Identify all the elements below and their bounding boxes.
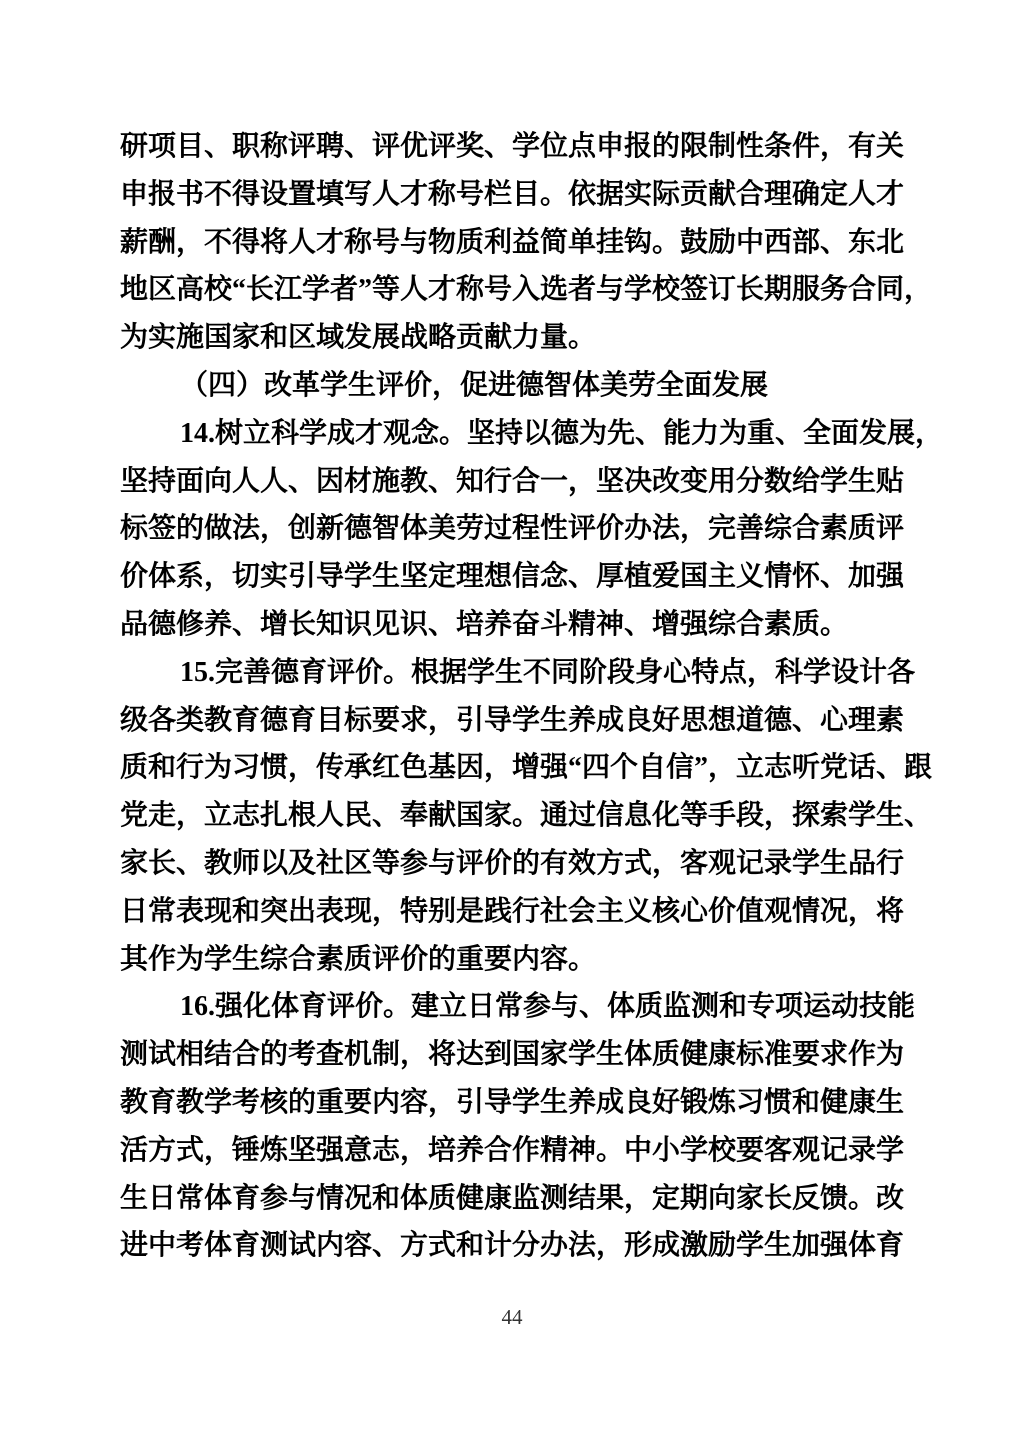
paragraph-14: 14.树立科学成才观念。坚持以德为先、能力为重、全面发展，坚持面向人人、因材施教… [120, 410, 904, 649]
text-line: 为实施国家和区域发展战略贡献力量。 [120, 314, 904, 362]
text-line: 级各类教育德育目标要求，引导学生养成良好思想道德、心理素 [120, 697, 904, 745]
text-line: 质和行为习惯，传承红色基因，增强“四个自信”，立志听党话、跟 [120, 744, 904, 792]
text-line: 研项目、职称评聘、评优评奖、学位点申报的限制性条件，有关 [120, 123, 904, 171]
text-line: （四）改革学生评价，促进德智体美劳全面发展 [120, 362, 904, 410]
text-line: 品德修养、增长知识见识、培养奋斗精神、增强综合素质。 [120, 601, 904, 649]
paragraph-15: 15.完善德育评价。根据学生不同阶段身心特点，科学设计各级各类教育德育目标要求，… [120, 649, 904, 984]
document-page: 研项目、职称评聘、评优评奖、学位点申报的限制性条件，有关申报书不得设置填写人才称… [0, 0, 1024, 1446]
paragraph-13-continuation: 研项目、职称评聘、评优评奖、学位点申报的限制性条件，有关申报书不得设置填写人才称… [120, 123, 904, 362]
text-line: 地区高校“长江学者”等人才称号入选者与学校签订长期服务合同， [120, 266, 904, 314]
section-heading-4: （四）改革学生评价，促进德智体美劳全面发展 [120, 362, 904, 410]
text-line: 日常表现和突出表现，特别是践行社会主义核心价值观情况，将 [120, 888, 904, 936]
document-text-area: 研项目、职称评聘、评优评奖、学位点申报的限制性条件，有关申报书不得设置填写人才称… [120, 123, 904, 1270]
page-number: 44 [502, 1305, 523, 1329]
text-line: 薪酬，不得将人才称号与物质利益简单挂钩。鼓励中西部、东北 [120, 219, 904, 267]
text-line: 16.强化体育评价。建立日常参与、体质监测和专项运动技能 [120, 983, 904, 1031]
text-line: 标签的做法，创新德智体美劳过程性评价办法，完善综合素质评 [120, 505, 904, 553]
text-line: 进中考体育测试内容、方式和计分办法，形成激励学生加强体育 [120, 1222, 904, 1270]
text-line: 申报书不得设置填写人才称号栏目。依据实际贡献合理确定人才 [120, 171, 904, 219]
paragraph-16: 16.强化体育评价。建立日常参与、体质监测和专项运动技能测试相结合的考查机制，将… [120, 983, 904, 1270]
text-line: 其作为学生综合素质评价的重要内容。 [120, 936, 904, 984]
text-line: 党走，立志扎根人民、奉献国家。通过信息化等手段，探索学生、 [120, 792, 904, 840]
text-line: 测试相结合的考查机制，将达到国家学生体质健康标准要求作为 [120, 1031, 904, 1079]
text-line: 价体系，切实引导学生坚定理想信念、厚植爱国主义情怀、加强 [120, 553, 904, 601]
text-line: 坚持面向人人、因材施教、知行合一，坚决改变用分数给学生贴 [120, 458, 904, 506]
text-line: 15.完善德育评价。根据学生不同阶段身心特点，科学设计各 [120, 649, 904, 697]
text-line: 家长、教师以及社区等参与评价的有效方式，客观记录学生品行 [120, 840, 904, 888]
text-line: 14.树立科学成才观念。坚持以德为先、能力为重、全面发展， [120, 410, 904, 458]
text-line: 教育教学考核的重要内容，引导学生养成良好锻炼习惯和健康生 [120, 1079, 904, 1127]
page-footer: 44 [0, 1305, 1024, 1330]
text-line: 生日常体育参与情况和体质健康监测结果，定期向家长反馈。改 [120, 1175, 904, 1223]
text-line: 活方式，锤炼坚强意志，培养合作精神。中小学校要客观记录学 [120, 1127, 904, 1175]
